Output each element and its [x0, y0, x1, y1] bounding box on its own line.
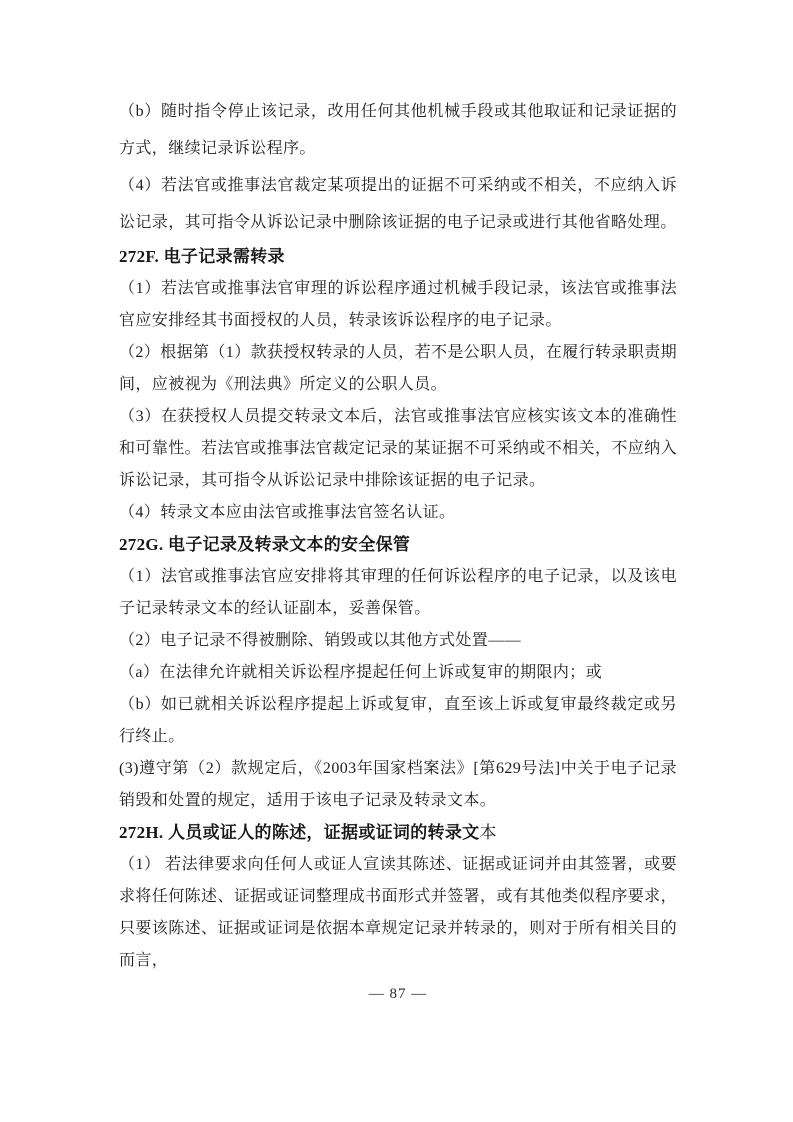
section-272g-paragraph-b: （b）如已就相关诉讼程序提起上诉或复审，直至该上诉或复审最终裁定或另行终止。 [119, 689, 677, 753]
section-272g-paragraph-2: （2）电子记录不得被删除、销毁或以其他方式处置—— [119, 625, 677, 657]
section-272f-paragraph-1: （1）若法官或推事法官审理的诉讼程序通过机械手段记录，该法官或推事法官应安排经其… [119, 273, 677, 337]
intro-paragraph-b: （b）随时指令停止该记录，改用任何其他机械手段或其他取证和记录证据的方式，继续记… [119, 93, 677, 167]
section-272h-heading: 272H. 人员或证人的陈述，证据或证词的转录文本 [119, 817, 677, 849]
section-272g-paragraph-a: （a）在法律允许就相关诉讼程序提起任何上诉或复审的期限内；或 [119, 657, 677, 689]
section-272f-heading-text: 272F. 电子记录需转录 [119, 247, 285, 266]
document-page: （b）随时指令停止该记录，改用任何其他机械手段或其他取证和记录证据的方式，继续记… [0, 0, 793, 1122]
section-272g-heading-text: 272G. 电子记录及转录文本的安全保管 [119, 535, 410, 554]
document-content: （b）随时指令停止该记录，改用任何其他机械手段或其他取证和记录证据的方式，继续记… [119, 93, 677, 1004]
intro-continuation-block: （b）随时指令停止该记录，改用任何其他机械手段或其他取证和记录证据的方式，继续记… [119, 93, 677, 241]
section-272f-paragraph-3: （3）在获授权人员提交转录文本后，法官或推事法官应核实该文本的准确性和可靠性。若… [119, 401, 677, 497]
section-272g: 272G. 电子记录及转录文本的安全保管 （1）法官或推事法官应安排将其审理的任… [119, 529, 677, 817]
section-272h-heading-text: 272H. 人员或证人的陈述，证据或证词的转录文 [119, 823, 479, 842]
section-272g-paragraph-1: （1）法官或推事法官应安排将其审理的任何诉讼程序的电子记录，以及该电子记录转录文… [119, 561, 677, 625]
section-272h-paragraph-1: （1） 若法律要求向任何人或证人宣读其陈述、证据或证词并由其签署，或要求将任何陈… [119, 849, 677, 977]
section-272f: 272F. 电子记录需转录 （1）若法官或推事法官审理的诉讼程序通过机械手段记录… [119, 241, 677, 529]
page-number: — 87 — [119, 984, 677, 1004]
section-272h: 272H. 人员或证人的陈述，证据或证词的转录文本 （1） 若法律要求向任何人或… [119, 817, 677, 977]
section-272f-paragraph-2: （2）根据第（1）款获授权转录的人员，若不是公职人员，在履行转录职责期间，应被视… [119, 337, 677, 401]
section-272g-paragraph-3: (3)遵守第（2）款规定后，《2003年国家档案法》[第629号法]中关于电子记… [119, 753, 677, 817]
section-272h-heading-tail: 本 [479, 823, 496, 842]
section-272f-heading: 272F. 电子记录需转录 [119, 241, 677, 273]
section-272g-heading: 272G. 电子记录及转录文本的安全保管 [119, 529, 677, 561]
intro-paragraph-4: （4）若法官或推事法官裁定某项提出的证据不可采纳或不相关，不应纳入诉讼记录，其可… [119, 167, 677, 241]
section-272f-paragraph-4: （4）转录文本应由法官或推事法官签名认证。 [119, 497, 677, 529]
